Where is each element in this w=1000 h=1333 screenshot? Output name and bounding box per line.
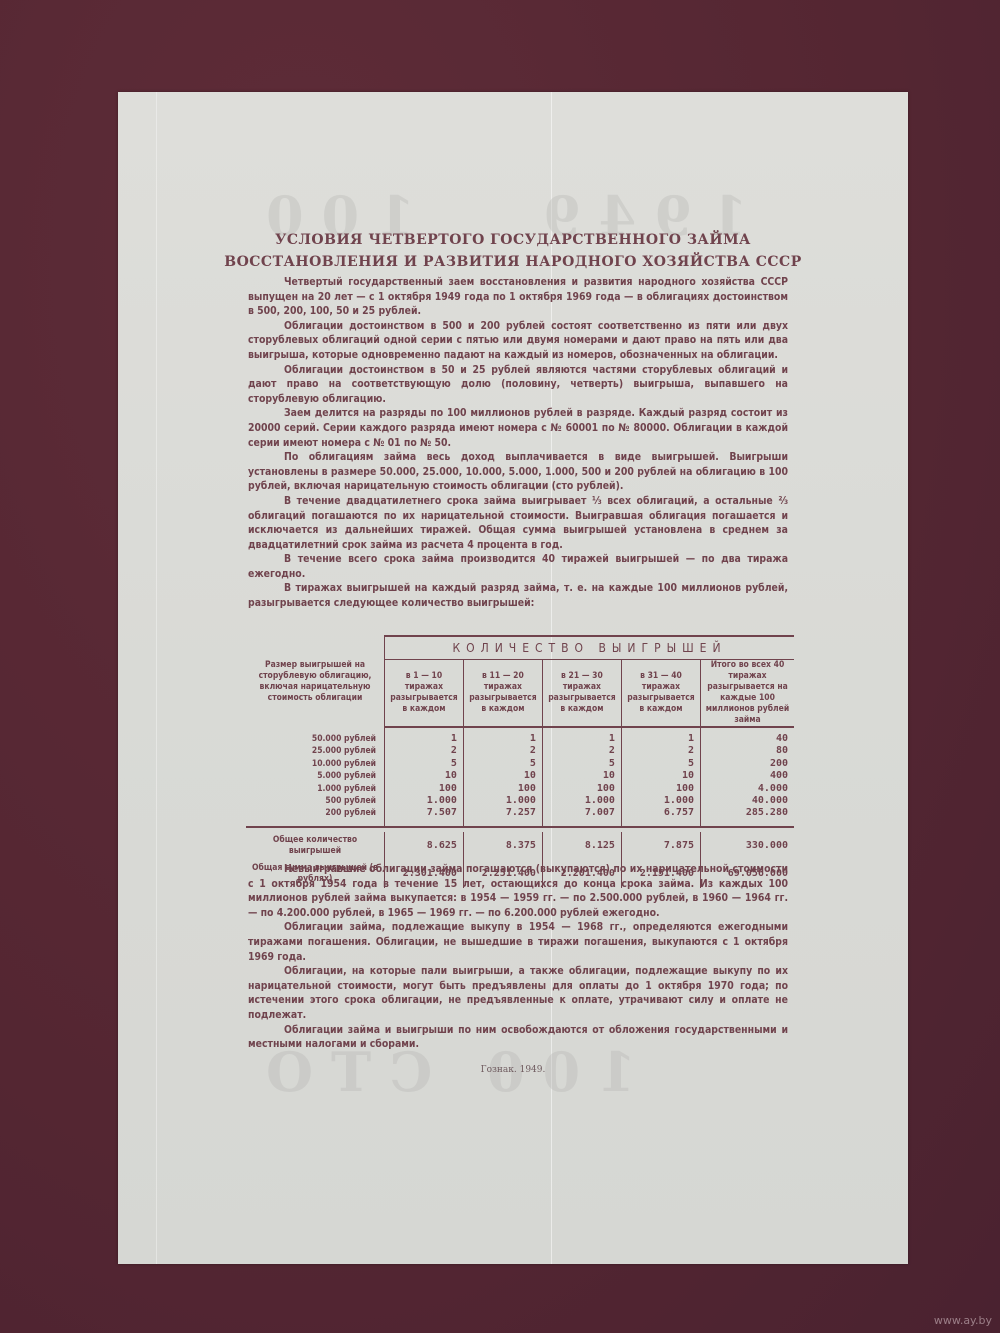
prize-count: 200 [701, 758, 795, 770]
prize-count: 5 [621, 758, 700, 770]
column-header: в 1 — 10 тиражах разыгрывается в каждом [385, 660, 464, 728]
totals-row: Общее количество выигрышей8.6258.3758.12… [246, 832, 794, 860]
paragraph: В тиражах выигрышей на каждый разряд зай… [248, 581, 788, 610]
site-watermark: www.ay.by [934, 1314, 992, 1327]
prize-count: 1 [463, 733, 542, 745]
prize-size: 200 рублей [246, 807, 385, 819]
column-header: в 31 — 40 тиражах разыгрывается в каждом [621, 660, 700, 728]
prize-count: 1.000 [621, 795, 700, 807]
prize-size: 10.000 рублей [246, 758, 385, 770]
prize-count: 4.000 [701, 783, 795, 795]
prize-count: 400 [701, 770, 795, 782]
title-line-2: ВОССТАНОВЛЕНИЯ И РАЗВИТИЯ НАРОДНОГО ХОЗЯ… [118, 251, 908, 273]
prize-count: 5 [385, 758, 464, 770]
table-row: 200 рублей7.5077.2577.0076.757285.280 [246, 807, 794, 819]
prize-count: 10 [463, 770, 542, 782]
prize-count: 40.000 [701, 795, 795, 807]
prize-count: 285.280 [701, 807, 795, 819]
column-header: в 11 — 20 тиражах разыгрывается в каждом [463, 660, 542, 728]
table-row: 50.000 рублей111140 [246, 733, 794, 745]
prize-count: 1 [385, 733, 464, 745]
prize-table: Размер выигрышей на сторублевую облигаци… [246, 635, 794, 888]
paragraph: Невыигравшие облигации займа погашаются … [248, 862, 788, 920]
prize-count: 1 [621, 733, 700, 745]
totals-value: 8.625 [385, 832, 464, 860]
prize-count: 100 [621, 783, 700, 795]
prize-count: 10 [542, 770, 621, 782]
prize-count: 7.507 [385, 807, 464, 819]
prize-size: 1.000 рублей [246, 783, 385, 795]
prize-size: 500 рублей [246, 795, 385, 807]
table-row: 500 рублей1.0001.0001.0001.00040.000 [246, 795, 794, 807]
prize-count: 2 [542, 745, 621, 757]
row-header: Размер выигрышей на сторублевую облигаци… [246, 636, 385, 727]
paragraph: В течение двадцатилетнего срока займа вы… [248, 494, 788, 552]
paragraph: Облигации займа, подлежащие выкупу в 195… [248, 920, 788, 964]
paragraph: Заем делится на разряды по 100 миллионов… [248, 406, 788, 450]
document-title: УСЛОВИЯ ЧЕТВЕРТОГО ГОСУДАРСТВЕННОГО ЗАЙМ… [118, 229, 908, 273]
paragraph: Облигации достоинством в 500 и 200 рубле… [248, 319, 788, 363]
prize-count: 100 [542, 783, 621, 795]
prize-count: 7.007 [542, 807, 621, 819]
prize-count: 10 [385, 770, 464, 782]
totals-value: 8.125 [542, 832, 621, 860]
table-row: 25.000 рублей222280 [246, 745, 794, 757]
column-header: в 21 — 30 тиражах разыгрывается в каждом [542, 660, 621, 728]
totals-value: 330.000 [701, 832, 795, 860]
table-row: 10.000 рублей5555200 [246, 758, 794, 770]
printer-imprint: Гознак. 1949. [118, 1065, 908, 1075]
prize-count: 1 [542, 733, 621, 745]
prize-count: 1.000 [542, 795, 621, 807]
prize-size: 50.000 рублей [246, 733, 385, 745]
paragraph: По облигациям займа весь доход выплачива… [248, 450, 788, 494]
prize-count: 40 [701, 733, 795, 745]
prize-count: 2 [621, 745, 700, 757]
prize-count: 5 [463, 758, 542, 770]
paragraph: В течение всего срока займа производится… [248, 552, 788, 581]
group-header: КОЛИЧЕСТВО ВЫИГРЫШЕЙ [385, 636, 795, 660]
prize-count: 2 [385, 745, 464, 757]
prize-count: 2 [463, 745, 542, 757]
bond-paper: 1949 100 100 СТО УСЛОВИЯ ЧЕТВЕРТОГО ГОСУ… [118, 92, 908, 1264]
title-line-1: УСЛОВИЯ ЧЕТВЕРТОГО ГОСУДАРСТВЕННОГО ЗАЙМ… [118, 229, 908, 251]
prize-count: 5 [542, 758, 621, 770]
prize-count: 10 [621, 770, 700, 782]
totals-value: 7.875 [621, 832, 700, 860]
prize-count: 100 [385, 783, 464, 795]
paragraph: Облигации, на которые пали выигрыши, а т… [248, 964, 788, 1022]
prize-size: 25.000 рублей [246, 745, 385, 757]
totals-value: 8.375 [463, 832, 542, 860]
column-header-total: Итого во всех 40 тиражах разыгрывается н… [701, 660, 795, 728]
table-row: 1.000 рублей1001001001004.000 [246, 783, 794, 795]
prize-size: 5.000 рублей [246, 770, 385, 782]
prize-count: 100 [463, 783, 542, 795]
conditions-text-top: Четвертый государственный заем восстанов… [248, 275, 788, 611]
prize-count: 7.257 [463, 807, 542, 819]
conditions-text-bottom: Невыигравшие облигации займа погашаются … [248, 862, 788, 1052]
table-row: 5.000 рублей10101010400 [246, 770, 794, 782]
prize-count: 1.000 [463, 795, 542, 807]
totals-label: Общее количество выигрышей [246, 832, 385, 860]
paragraph: Облигации займа и выигрыши по ним освобо… [248, 1023, 788, 1052]
paragraph: Четвертый государственный заем восстанов… [248, 275, 788, 319]
prize-count: 80 [701, 745, 795, 757]
prize-count: 6.757 [621, 807, 700, 819]
paragraph: Облигации достоинством в 50 и 25 рублей … [248, 363, 788, 407]
prize-count: 1.000 [385, 795, 464, 807]
